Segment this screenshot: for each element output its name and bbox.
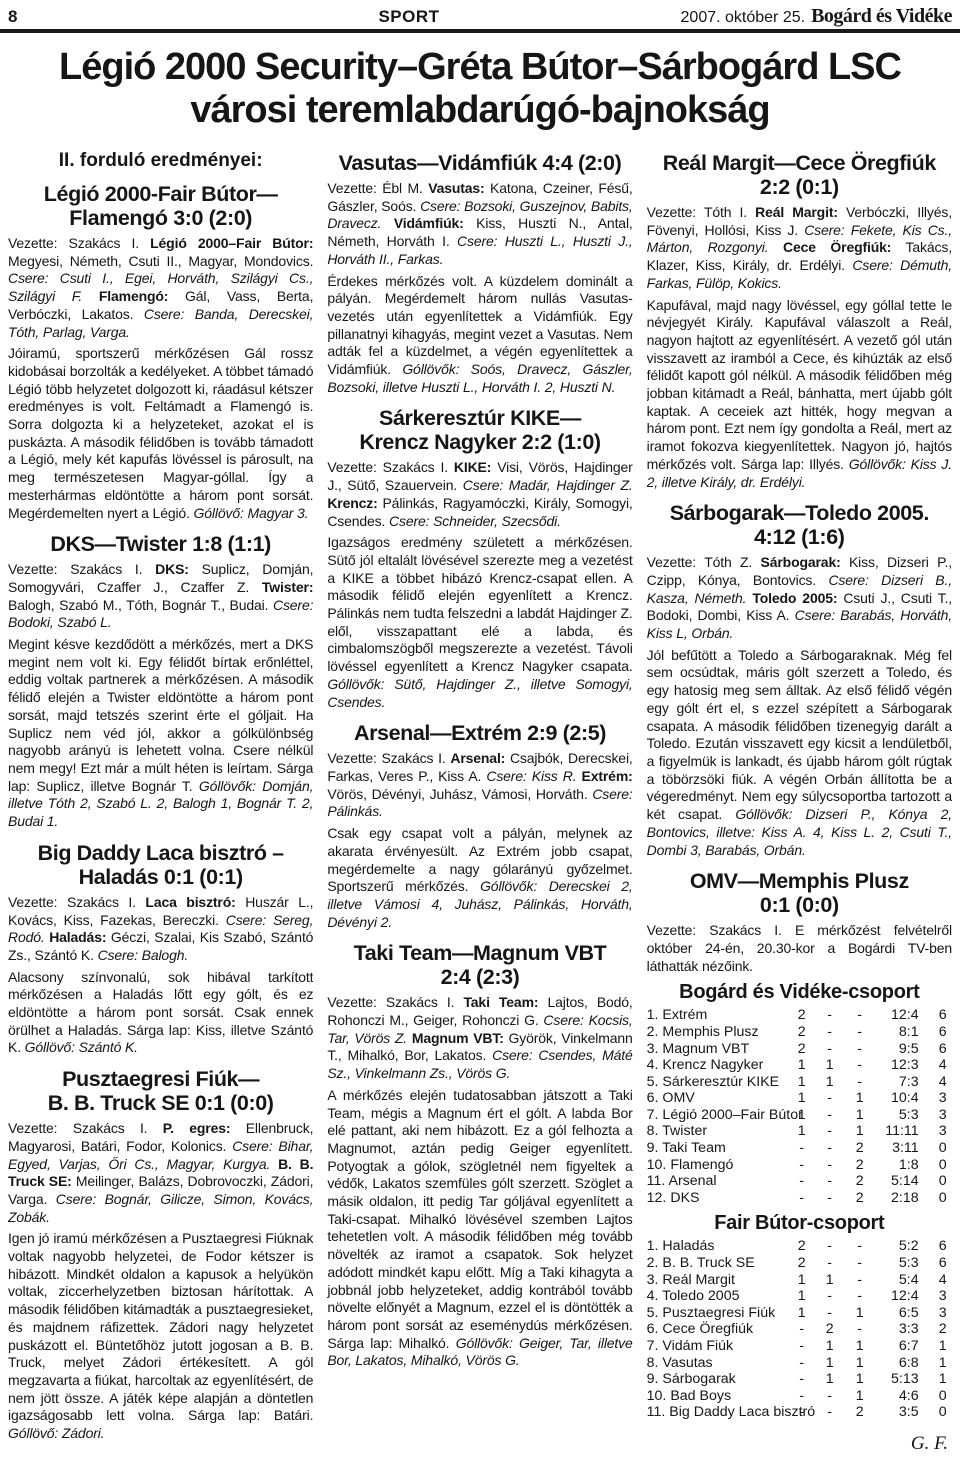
standings-cell-l: -: [845, 1024, 875, 1041]
match-heading: Sárkeresztúr KIKE—Krencz Nagyker 2:2 (1:…: [327, 406, 632, 454]
standings-cell-pts: 0: [919, 1140, 947, 1157]
standings-cell-d: -: [815, 1238, 845, 1255]
standings-cell-d: 1: [815, 1371, 845, 1388]
standings-cell-goals: 5:3: [875, 1255, 919, 1272]
standings-cell-name: 1. Extrém: [647, 1007, 789, 1024]
standings-cell-name: 9. Taki Team: [647, 1140, 789, 1157]
match-paragraph: Vezette: Szakács I. Arsenal: Csajbók, De…: [327, 750, 632, 821]
standings-cell-goals: 7:3: [875, 1074, 919, 1091]
standings-cell-name: 7. Vidám Fiúk: [647, 1338, 789, 1355]
standings-cell-l: 2: [845, 1157, 875, 1174]
standings-cell-name: 10. Flamengó: [647, 1157, 789, 1174]
standings-cell-pts: 1: [919, 1355, 947, 1372]
match-heading: Arsenal—Extrém 2:9 (2:5): [327, 721, 632, 745]
paper-name: Bogárd és Vidéke: [811, 5, 952, 27]
standings-cell-d: -: [815, 1305, 845, 1322]
standings-cell-w: -: [789, 1190, 815, 1207]
standings-cell-name: 12. DKS: [647, 1190, 789, 1207]
match-paragraph: Vezette: Ébl M. Vasutas: Katona, Czeiner…: [327, 180, 632, 269]
standings-cell-name: 5. Sárkeresztúr KIKE: [647, 1074, 789, 1091]
match-paragraph: Vezette: Szakács I. KIKE: Visi, Vörös, H…: [327, 459, 632, 530]
standings-cell-pts: 6: [919, 1041, 947, 1058]
standings-cell-goals: 9:5: [875, 1041, 919, 1058]
standings-row: 2. B. B. Truck SE2--5:36: [647, 1255, 952, 1272]
standings-cell-name: 1. Haladás: [647, 1238, 789, 1255]
standings-cell-d: -: [815, 1007, 845, 1024]
standings-cell-d: 1: [815, 1074, 845, 1091]
standings-cell-name: 2. B. B. Truck SE: [647, 1255, 789, 1272]
standings-cell-goals: 6:7: [875, 1338, 919, 1355]
standings-group-title: Bogárd és Vidéke-csoport: [647, 981, 952, 1004]
match-paragraph: Vezette: Tóth Z. Sárbogarak: Kiss, Dizse…: [647, 554, 952, 643]
match-paragraph: Csak egy csapat volt a pályán, melynek a…: [327, 825, 632, 931]
issue-date: 2007. október 25.: [681, 9, 806, 26]
standings-row: 9. Sárbogarak-115:131: [647, 1371, 952, 1388]
main-title: Légió 2000 Security–Gréta Bútor–Sárbogár…: [0, 46, 960, 132]
standings-row: 3. Reál Margit11-5:44: [647, 1272, 952, 1289]
standings-cell-pts: 0: [919, 1388, 947, 1405]
standings-cell-name: 3. Magnum VBT: [647, 1041, 789, 1058]
match-heading: Légió 2000-Fair Bútor—Flamengó 3:0 (2:0): [8, 182, 313, 230]
standings-cell-l: 2: [845, 1404, 875, 1421]
standings-row: 6. OMV1-110:43: [647, 1090, 952, 1107]
standings-cell-pts: 0: [919, 1173, 947, 1190]
match-paragraph: Jól befűtött a Toledo a Sárbogaraknak. M…: [647, 647, 952, 859]
standings-cell-w: 1: [789, 1057, 815, 1074]
standings-cell-goals: 11:11: [875, 1123, 919, 1140]
standings-cell-w: 1: [789, 1305, 815, 1322]
match-paragraph: Igazságos eredmény született a mérkőzése…: [327, 534, 632, 711]
column-3: Reál Margit—Cece Öregfiúk2:2 (0:1)Vezett…: [647, 141, 952, 1457]
standings-cell-goals: 3:11: [875, 1140, 919, 1157]
standings-cell-l: 2: [845, 1190, 875, 1207]
standings-cell-name: 11. Big Daddy Laca bisztró: [647, 1404, 789, 1421]
standings-cell-d: -: [815, 1140, 845, 1157]
match-paragraph: Vezette: Szakács I. E mérkőzést felvétel…: [647, 922, 952, 975]
standings-cell-d: -: [815, 1107, 845, 1124]
standings-cell-d: 2: [815, 1321, 845, 1338]
match-heading: Sárbogarak—Toledo 2005.4:12 (1:6): [647, 501, 952, 549]
standings-cell-d: 1: [815, 1057, 845, 1074]
header-right: 2007. október 25.Bogárd és Vidéke: [681, 5, 952, 28]
standings-cell-pts: 6: [919, 1238, 947, 1255]
standings-cell-goals: 5:14: [875, 1173, 919, 1190]
page-header: 8 SPORT 2007. október 25.Bogárd és Vidék…: [0, 0, 960, 29]
standings-cell-goals: 12:4: [875, 1288, 919, 1305]
column-1: II. forduló eredményei:Légió 2000-Fair B…: [8, 141, 313, 1457]
standings-cell-w: 1: [789, 1074, 815, 1091]
match-paragraph: Vezette: Szakács I. P. egres: Ellenbruck…: [8, 1120, 313, 1226]
standings-cell-name: 2. Memphis Plusz: [647, 1024, 789, 1041]
standings-cell-w: 2: [789, 1024, 815, 1041]
standings-cell-l: -: [845, 1321, 875, 1338]
standings-cell-pts: 1: [919, 1371, 947, 1388]
standings-cell-w: 1: [789, 1090, 815, 1107]
standings-cell-d: -: [815, 1288, 845, 1305]
match-heading: Vasutas—Vidámfiúk 4:4 (2:0): [327, 151, 632, 175]
standings-cell-name: 8. Twister: [647, 1123, 789, 1140]
standings-row: 2. Memphis Plusz2--8:16: [647, 1024, 952, 1041]
standings-row: 10. Flamengó--21:80: [647, 1157, 952, 1174]
standings-cell-w: -: [789, 1321, 815, 1338]
standings-group-title: Fair Bútor-csoport: [647, 1212, 952, 1235]
standings-cell-name: 6. Cece Öregfiúk: [647, 1321, 789, 1338]
standings-row: 1. Haladás2--5:26: [647, 1238, 952, 1255]
standings-row: 8. Twister1-111:113: [647, 1123, 952, 1140]
standings-cell-goals: 8:1: [875, 1024, 919, 1041]
main-title-line2: városi teremlabdarúgó-bajnokság: [190, 89, 769, 131]
standings-cell-pts: 0: [919, 1404, 947, 1421]
standings-cell-w: 1: [789, 1272, 815, 1289]
standings-cell-d: -: [815, 1123, 845, 1140]
standings-cell-d: -: [815, 1190, 845, 1207]
match-paragraph: Alacsony színvonalú, sok hibával tarkíto…: [8, 969, 313, 1058]
match-paragraph: Kapufával, majd nagy lövéssel, egy gólla…: [647, 297, 952, 492]
standings-row: 9. Taki Team--23:110: [647, 1140, 952, 1157]
standings-cell-name: 4. Krencz Nagyker: [647, 1057, 789, 1074]
standings-cell-pts: 0: [919, 1190, 947, 1207]
standings-row: 7. Légió 2000–Fair Bútor1-15:33: [647, 1107, 952, 1124]
standings-cell-goals: 12:4: [875, 1007, 919, 1024]
standings-cell-l: -: [845, 1288, 875, 1305]
standings-cell-pts: 0: [919, 1157, 947, 1174]
standings-row: 11. Arsenal--25:140: [647, 1173, 952, 1190]
standings-cell-l: 1: [845, 1123, 875, 1140]
standings-cell-w: -: [789, 1157, 815, 1174]
match-heading: Pusztaegresi Fiúk—B. B. Truck SE 0:1 (0:…: [8, 1067, 313, 1115]
standings-cell-l: 1: [845, 1305, 875, 1322]
standings-row: 8. Vasutas-116:81: [647, 1355, 952, 1372]
section-title: SPORT: [378, 7, 439, 27]
standings-cell-l: 1: [845, 1355, 875, 1372]
standings-cell-pts: 3: [919, 1090, 947, 1107]
standings-cell-pts: 3: [919, 1123, 947, 1140]
standings-cell-l: -: [845, 1238, 875, 1255]
match-paragraph: Igen jó iramú mérkőzésen a Pusztaegresi …: [8, 1230, 313, 1442]
match-heading: Big Daddy Laca bisztró –Haladás 0:1 (0:1…: [8, 841, 313, 889]
standings-cell-name: 7. Légió 2000–Fair Bútor: [647, 1107, 789, 1124]
match-paragraph: Vezette: Tóth I. Reál Margit: Verbóczki,…: [647, 204, 952, 293]
standings-cell-w: 2: [789, 1007, 815, 1024]
standings-cell-goals: 6:8: [875, 1355, 919, 1372]
standings-cell-l: -: [845, 1074, 875, 1091]
standings-cell-w: -: [789, 1140, 815, 1157]
standings-cell-w: -: [789, 1371, 815, 1388]
standings-cell-pts: 6: [919, 1255, 947, 1272]
standings-cell-d: -: [815, 1157, 845, 1174]
standings-cell-goals: 5:13: [875, 1371, 919, 1388]
standings-cell-d: -: [815, 1173, 845, 1190]
standings-cell-d: -: [815, 1388, 845, 1405]
standings-row: 4. Toledo 20051--12:43: [647, 1288, 952, 1305]
round-heading: II. forduló eredményei:: [8, 150, 313, 172]
standings-cell-d: 1: [815, 1355, 845, 1372]
standings-cell-goals: 2:18: [875, 1190, 919, 1207]
match-paragraph: Érdekes mérkőzés volt. A küzdelem dominá…: [327, 273, 632, 397]
match-paragraph: Megint késve kezdődött a mérkőzés, mert …: [8, 636, 313, 831]
standings-row: 6. Cece Öregfiúk-2-3:32: [647, 1321, 952, 1338]
newspaper-page: 8 SPORT 2007. október 25.Bogárd és Vidék…: [0, 0, 960, 1463]
match-paragraph: Vezette: Szakács I. Taki Team: Lajtos, B…: [327, 994, 632, 1083]
standings-row: 12. DKS--22:180: [647, 1190, 952, 1207]
standings-cell-pts: 3: [919, 1107, 947, 1124]
standings-cell-l: -: [845, 1057, 875, 1074]
standings-cell-w: -: [789, 1338, 815, 1355]
header-rule: [0, 29, 960, 33]
standings-cell-w: 2: [789, 1041, 815, 1058]
standings-cell-pts: 4: [919, 1074, 947, 1091]
standings-row: 7. Vidám Fiúk-116:71: [647, 1338, 952, 1355]
standings-cell-goals: 12:3: [875, 1057, 919, 1074]
standings-cell-goals: 3:5: [875, 1404, 919, 1421]
standings-cell-d: -: [815, 1404, 845, 1421]
article-columns: II. forduló eredményei:Légió 2000-Fair B…: [0, 141, 960, 1457]
standings-cell-pts: 3: [919, 1288, 947, 1305]
standings-cell-name: 11. Arsenal: [647, 1173, 789, 1190]
standings-cell-w: -: [789, 1173, 815, 1190]
standings-cell-pts: 4: [919, 1057, 947, 1074]
standings-cell-w: -: [789, 1404, 815, 1421]
match-paragraph: Vezette: Szakács I. Laca bisztró: Huszár…: [8, 894, 313, 965]
standings-cell-name: 6. OMV: [647, 1090, 789, 1107]
standings-row: 11. Big Daddy Laca bisztró--23:50: [647, 1404, 952, 1421]
standings-row: 4. Krencz Nagyker11-12:34: [647, 1057, 952, 1074]
standings-cell-w: 2: [789, 1255, 815, 1272]
standings-cell-w: -: [789, 1355, 815, 1372]
standings-row: 5. Sárkeresztúr KIKE11-7:34: [647, 1074, 952, 1091]
standings-cell-l: 1: [845, 1090, 875, 1107]
standings-cell-l: -: [845, 1255, 875, 1272]
standings-row: 10. Bad Boys--14:60: [647, 1388, 952, 1405]
standings-cell-l: -: [845, 1272, 875, 1289]
standings-cell-w: 1: [789, 1123, 815, 1140]
standings-cell-l: 1: [845, 1371, 875, 1388]
match-heading: Taki Team—Magnum VBT2:4 (2:3): [327, 941, 632, 989]
standings-cell-pts: 1: [919, 1338, 947, 1355]
standings-cell-d: -: [815, 1255, 845, 1272]
standings-cell-l: 2: [845, 1140, 875, 1157]
author-signature: G. F.: [647, 1433, 952, 1455]
standings-cell-name: 5. Pusztaegresi Fiúk: [647, 1305, 789, 1322]
standings-cell-goals: 5:2: [875, 1238, 919, 1255]
standings-cell-goals: 4:6: [875, 1388, 919, 1405]
match-heading: Reál Margit—Cece Öregfiúk2:2 (0:1): [647, 151, 952, 199]
match-paragraph: Jóiramú, sportszerű mérkőzésen Gál rossz…: [8, 345, 313, 522]
standings-cell-name: 8. Vasutas: [647, 1355, 789, 1372]
match-paragraph: A mérkőzés elején tudatosabban játszott …: [327, 1087, 632, 1370]
standings-table: 1. Extrém2--12:462. Memphis Plusz2--8:16…: [647, 1007, 952, 1206]
match-heading: DKS—Twister 1:8 (1:1): [8, 532, 313, 556]
page-number: 8: [8, 7, 17, 27]
standings-cell-goals: 3:3: [875, 1321, 919, 1338]
standings-cell-goals: 1:8: [875, 1157, 919, 1174]
match-paragraph: Vezette: Szakács I. DKS: Suplicz, Domján…: [8, 561, 313, 632]
standings-cell-pts: 6: [919, 1007, 947, 1024]
standings-cell-name: 4. Toledo 2005: [647, 1288, 789, 1305]
standings-cell-d: 1: [815, 1338, 845, 1355]
standings-cell-l: -: [845, 1007, 875, 1024]
standings-cell-w: 1: [789, 1288, 815, 1305]
match-heading: OMV—Memphis Plusz0:1 (0:0): [647, 869, 952, 917]
standings-cell-goals: 5:4: [875, 1272, 919, 1289]
standings-cell-goals: 10:4: [875, 1090, 919, 1107]
standings-cell-l: 1: [845, 1388, 875, 1405]
standings-cell-w: 2: [789, 1238, 815, 1255]
standings-cell-d: -: [815, 1024, 845, 1041]
standings-cell-l: 1: [845, 1107, 875, 1124]
standings-row: 3. Magnum VBT2--9:56: [647, 1041, 952, 1058]
standings-cell-pts: 2: [919, 1321, 947, 1338]
standings-cell-l: -: [845, 1041, 875, 1058]
standings-cell-name: 10. Bad Boys: [647, 1388, 789, 1405]
standings-table: 1. Haladás2--5:262. B. B. Truck SE2--5:3…: [647, 1238, 952, 1421]
standings-cell-w: -: [789, 1388, 815, 1405]
main-title-line1: Légió 2000 Security–Gréta Bútor–Sárbogár…: [59, 46, 901, 88]
standings-cell-pts: 6: [919, 1024, 947, 1041]
standings-cell-w: 1: [789, 1107, 815, 1124]
standings-cell-name: 3. Reál Margit: [647, 1272, 789, 1289]
standings-row: 5. Pusztaegresi Fiúk1-16:53: [647, 1305, 952, 1322]
standings-cell-goals: 5:3: [875, 1107, 919, 1124]
standings-cell-d: 1: [815, 1272, 845, 1289]
column-2: Vasutas—Vidámfiúk 4:4 (2:0)Vezette: Ébl …: [327, 141, 632, 1457]
standings-cell-pts: 4: [919, 1272, 947, 1289]
standings-cell-name: 9. Sárbogarak: [647, 1371, 789, 1388]
standings-cell-d: -: [815, 1090, 845, 1107]
standings-cell-goals: 6:5: [875, 1305, 919, 1322]
standings-row: 1. Extrém2--12:46: [647, 1007, 952, 1024]
standings-cell-l: 1: [845, 1338, 875, 1355]
standings-cell-l: 2: [845, 1173, 875, 1190]
standings-cell-pts: 3: [919, 1305, 947, 1322]
match-paragraph: Vezette: Szakács I. Légió 2000–Fair Búto…: [8, 235, 313, 341]
standings-cell-d: -: [815, 1041, 845, 1058]
